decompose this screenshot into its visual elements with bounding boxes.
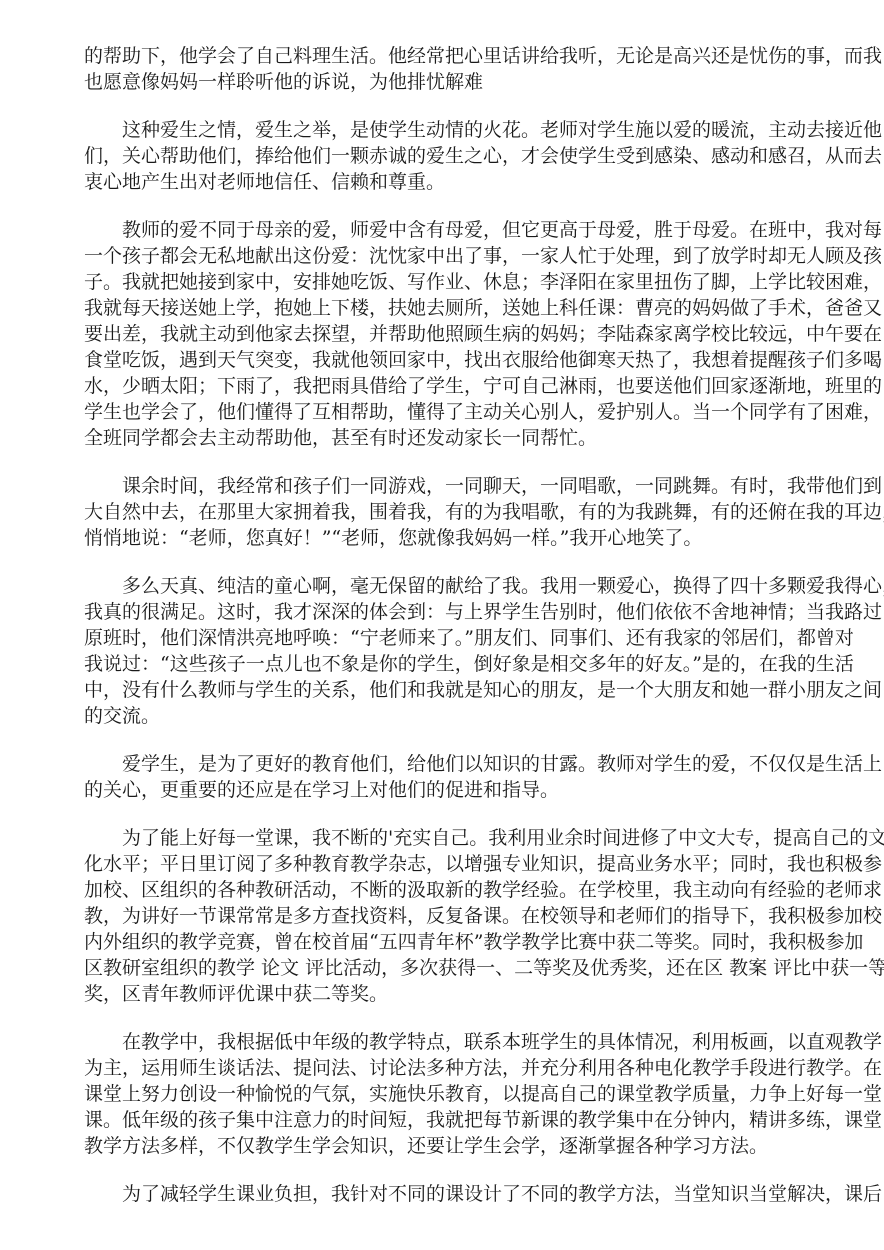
text-line: 我就每天接送她上学，抱她上下楼，扶她去厕所，送她上科任课：曹亮的妈妈做了手术，爸…	[84, 295, 834, 321]
text-line: 这种爱生之情，爱生之举，是使学生动情的火花。老师对学生施以爱的暖流，主动去接近他	[84, 117, 834, 143]
text-line: 为了能上好每一堂课，我不断的'充实自己。我利用业余时间进修了中文大专，提高自己的…	[84, 825, 834, 851]
text-line: 大自然中去，在那里大家拥着我，围着我，有的为我唱歌，有的为我跳舞，有的还俯在我的…	[84, 499, 834, 525]
text-line: 区教研室组织的教学 论文 评比活动，多次获得一、二等奖及优秀奖，还在区 教案 评…	[84, 955, 834, 981]
text-line: 要出差，我就主动到他家去探望，并帮助他照顾生病的妈妈；李陆森家离学校比较远，中午…	[84, 321, 834, 347]
paragraph: 多么天真、纯洁的童心啊，毫无保留的献给了我。我用一颗爱心，换得了四十多颗爱我得心…	[84, 573, 834, 729]
paragraph: 这种爱生之情，爱生之举，是使学生动情的火花。老师对学生施以爱的暖流，主动去接近他…	[84, 117, 834, 195]
text-line: 子。我就把她接到家中，安排她吃饭、写作业、休息；李泽阳在家里扭伤了脚，上学比较困…	[84, 269, 834, 295]
text-line: 为主，运用师生谈话法、提问法、讨论法多种方法，并充分利用各种电化教学手段进行教学…	[84, 1055, 834, 1081]
text-line: 在教学中，我根据低中年级的教学特点，联系本班学生的具体情况，利用板画，以直观教学	[84, 1029, 834, 1055]
text-line: 水，少晒太阳；下雨了，我把雨具借给了学生，宁可自己淋雨，也要送他们回家逐渐地，班…	[84, 373, 834, 399]
text-line: 们，关心帮助他们，捧给他们一颗赤诚的爱生之心，才会使学生受到感染、感动和感召，从…	[84, 143, 834, 169]
document-page: 的帮助下，他学会了自己料理生活。他经常把心里话讲给我听，无论是高兴还是忧伤的事，…	[84, 43, 834, 1229]
text-line: 多么天真、纯洁的童心啊，毫无保留的献给了我。我用一颗爱心，换得了四十多颗爱我得心…	[84, 573, 834, 599]
paragraph: 在教学中，我根据低中年级的教学特点，联系本班学生的具体情况，利用板画，以直观教学…	[84, 1029, 834, 1159]
text-line: 中，没有什么教师与学生的关系，他们和我就是知心的朋友，是一个大朋友和她一群小朋友…	[84, 677, 834, 703]
text-line: 的交流。	[84, 703, 834, 729]
text-line: 奖，区青年教师评优课中获二等奖。	[84, 981, 834, 1007]
text-line: 也愿意像妈妈一样聆听他的诉说，为他排忧解难	[84, 69, 834, 95]
text-line: 加校、区组织的各种教研活动，不断的汲取新的教学经验。在学校里，我主动向有经验的老…	[84, 877, 834, 903]
paragraph: 爱学生，是为了更好的教育他们，给他们以知识的甘露。教师对学生的爱，不仅仅是生活上…	[84, 751, 834, 803]
text-line: 我真的很满足。这时，我才深深的体会到：与上界学生告别时，他们依依不舍地神情；当我…	[84, 599, 834, 625]
paragraph: 教师的爱不同于母亲的爱，师爱中含有母爱，但它更高于母爱，胜于母爱。在班中，我对每…	[84, 217, 834, 451]
text-line: 课余时间，我经常和孩子们一同游戏，一同聊天，一同唱歌，一同跳舞。有时，我带他们到	[84, 473, 834, 499]
text-line: 教，为讲好一节课常常是多方查找资料，反复备课。在校领导和老师们的指导下，我积极参…	[84, 903, 834, 929]
text-line: 化水平；平日里订阅了多种教育教学杂志，以增强专业知识，提高业务水平；同时，我也积…	[84, 851, 834, 877]
text-line: 原班时，他们深情洪亮地呼唤：“宁老师来了。”朋友们、同事们、还有我家的邻居们，都…	[84, 625, 834, 651]
paragraph: 为了能上好每一堂课，我不断的'充实自己。我利用业余时间进修了中文大专，提高自己的…	[84, 825, 834, 1007]
paragraph: 的帮助下，他学会了自己料理生活。他经常把心里话讲给我听，无论是高兴还是忧伤的事，…	[84, 43, 834, 95]
text-line: 一个孩子都会无私地献出这份爱：沈忱家中出了事，一家人忙于处理，到了放学时却无人顾…	[84, 243, 834, 269]
text-line: 教学方法多样，不仅教学生学会知识，还要让学生会学，逐渐掌握各种学习方法。	[84, 1133, 834, 1159]
paragraph: 课余时间，我经常和孩子们一同游戏，一同聊天，一同唱歌，一同跳舞。有时，我带他们到…	[84, 473, 834, 551]
text-line: 的关心，更重要的还应是在学习上对他们的促进和指导。	[84, 777, 834, 803]
text-line: 课堂上努力创设一种愉悦的气氛，实施快乐教育，以提高自己的课堂教学质量，力争上好每…	[84, 1081, 834, 1107]
text-line: 课。低年级的孩子集中注意力的时间短，我就把每节新课的教学集中在分钟内，精讲多练，…	[84, 1107, 834, 1133]
text-line: 内外组织的教学竞赛，曾在校首届“五四青年杯”教学教学比赛中获二等奖。同时，我积极…	[84, 929, 834, 955]
text-line: 我说过：“这些孩子一点儿也不象是你的学生，倒好象是相交多年的好友。”是的，在我的…	[84, 651, 834, 677]
text-line: 教师的爱不同于母亲的爱，师爱中含有母爱，但它更高于母爱，胜于母爱。在班中，我对每	[84, 217, 834, 243]
text-line: 全班同学都会去主动帮助他，甚至有时还发动家长一同帮忙。	[84, 425, 834, 451]
text-line: 衷心地产生出对老师地信任、信赖和尊重。	[84, 169, 834, 195]
text-line: 悄悄地说：“老师，您真好！”“老师，您就像我妈妈一样。”我开心地笑了。	[84, 525, 834, 551]
text-line: 为了减轻学生课业负担，我针对不同的课设计了不同的教学方法，当堂知识当堂解决，课后	[84, 1181, 834, 1207]
text-line: 爱学生，是为了更好的教育他们，给他们以知识的甘露。教师对学生的爱，不仅仅是生活上	[84, 751, 834, 777]
paragraph: 为了减轻学生课业负担，我针对不同的课设计了不同的教学方法，当堂知识当堂解决，课后	[84, 1181, 834, 1207]
text-line: 学生也学会了，他们懂得了互相帮助，懂得了主动关心别人，爱护别人。当一个同学有了困…	[84, 399, 834, 425]
text-line: 食堂吃饭，遇到天气突变，我就他领回家中，找出衣服给他御寒天热了，我想着提醒孩子们…	[84, 347, 834, 373]
text-line: 的帮助下，他学会了自己料理生活。他经常把心里话讲给我听，无论是高兴还是忧伤的事，…	[84, 43, 834, 69]
